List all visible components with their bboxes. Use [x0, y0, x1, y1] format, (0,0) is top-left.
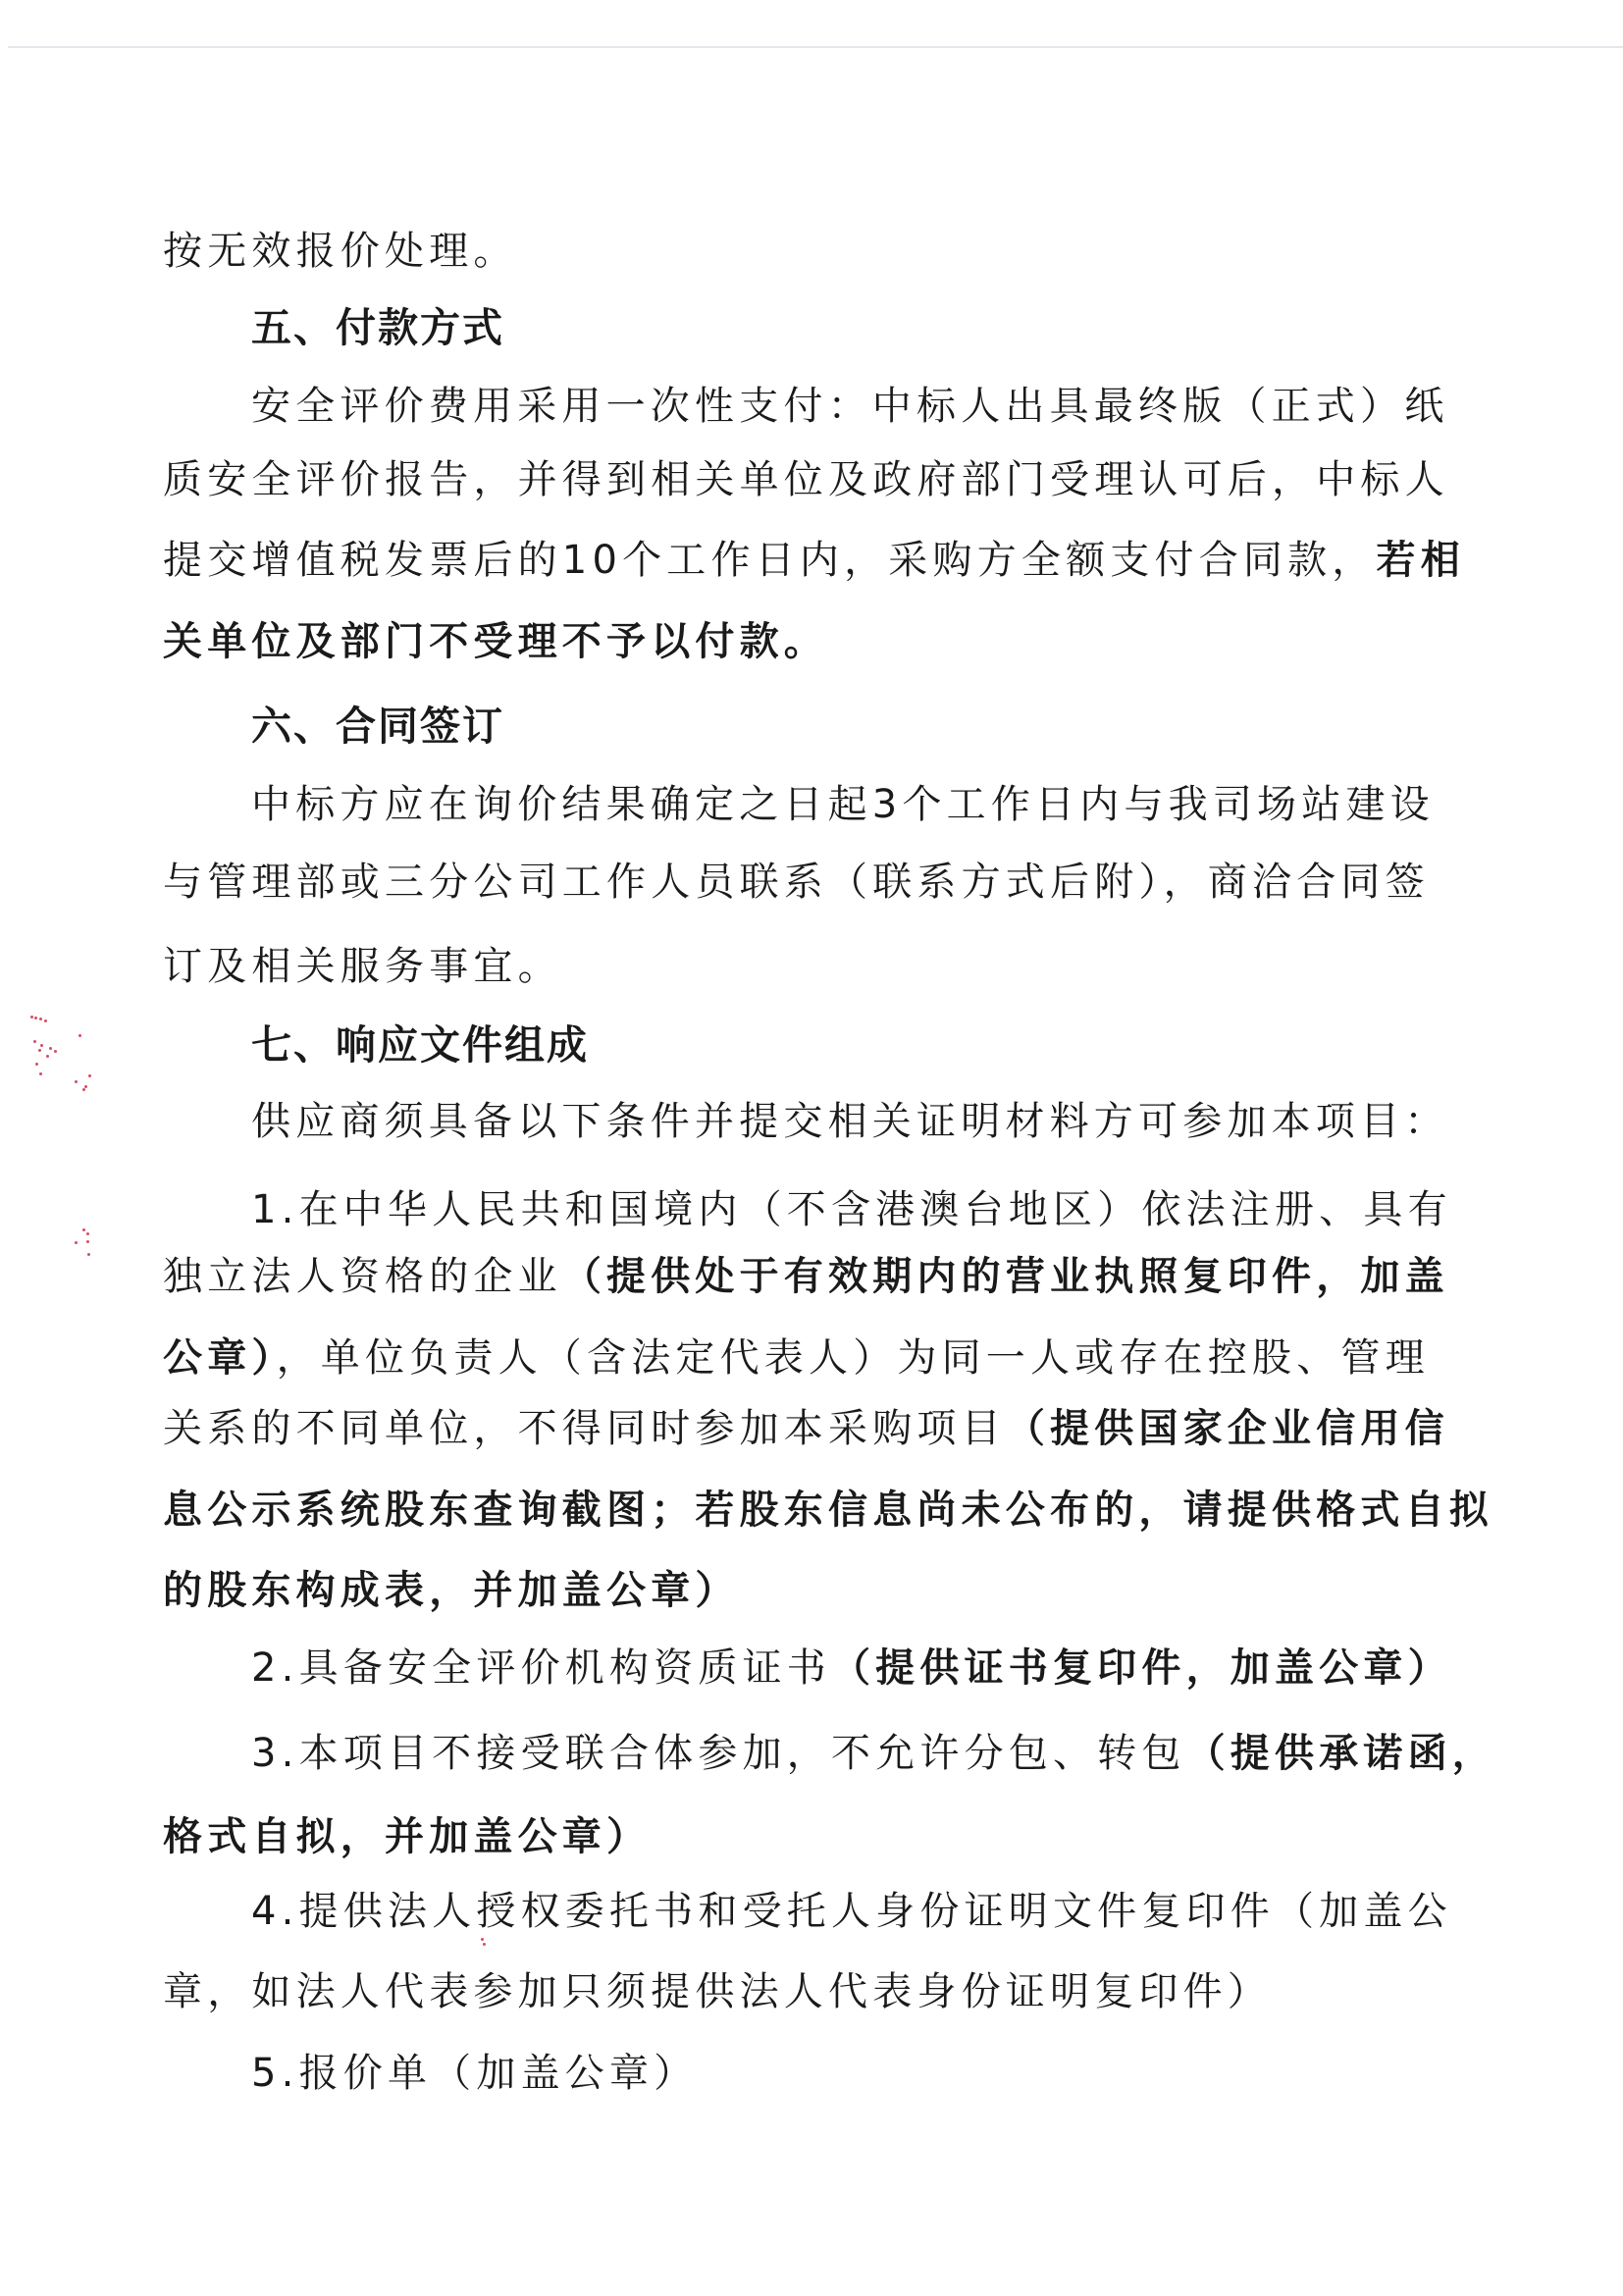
bold-text: 的股东构成表，并加盖公章）	[163, 1568, 740, 1613]
paragraph-line: 公章），单位负责人（含法定代表人）为同一人或存在控股、管理	[163, 1329, 1458, 1387]
bold-text: （提供承诺函，	[1186, 1731, 1496, 1776]
paragraph-line: 按无效报价处理。	[163, 222, 1458, 281]
bold-text: （提供证书复印件，加盖公章）	[831, 1645, 1452, 1691]
paragraph-line: 息公示系统股东查询截图；若股东信息尚未公布的，请提供格式自拟	[163, 1481, 1458, 1539]
paragraph-line: 的股东构成表，并加盖公章）	[163, 1561, 1458, 1620]
text: 2.具备安全评价机构资质证书	[251, 1645, 831, 1691]
text: 独立法人资格的企业	[163, 1254, 562, 1299]
bold-text: 七、响应文件组成	[251, 1021, 589, 1069]
text: 质安全评价报告，并得到相关单位及政府部门受理认可后，中标人	[163, 457, 1449, 502]
paragraph-line: 供应商须具备以下条件并提交相关证明材料方可参加本项目：	[251, 1092, 1458, 1151]
paragraph-line: 提交增值税发票后的10个工作日内，采购方全额支付合同款，若相	[163, 531, 1458, 590]
bold-text: 格式自拟，并加盖公章）	[163, 1814, 651, 1859]
paragraph-line: 2.具备安全评价机构资质证书（提供证书复印件，加盖公章）	[251, 1639, 1458, 1697]
paragraph-line: 独立法人资格的企业（提供处于有效期内的营业执照复印件，加盖	[163, 1247, 1458, 1306]
text: 5.报价单（加盖公章）	[251, 2051, 698, 2096]
bold-text: 六、合同签订	[251, 703, 504, 750]
paragraph-line: 3.本项目不接受联合体参加，不允许分包、转包（提供承诺函，	[251, 1724, 1458, 1783]
text: 中标方应在询价结果确定之日起3个工作日内与我司场站建设	[251, 782, 1435, 827]
text: 4.提供法人授权委托书和受托人身份证明文件复印件（加盖公	[251, 1889, 1452, 1934]
paragraph-line: 与管理部或三分公司工作人员联系（联系方式后附），商洽合同签	[163, 853, 1458, 912]
paragraph-line: 5.报价单（加盖公章）	[251, 2044, 1458, 2103]
text: 提交增值税发票后的10个工作日内，采购方全额支付合同款，	[163, 538, 1377, 583]
text: 3.本项目不接受联合体参加，不允许分包、转包	[251, 1731, 1186, 1776]
paragraph-line: 订及相关服务事宜。	[163, 937, 1458, 996]
text: ，单位负责人（含法定代表人）为同一人或存在控股、管理	[277, 1335, 1430, 1381]
text: 章，如法人代表参加只须提供法人代表身份证明复印件）	[163, 1969, 1272, 2014]
bold-text: （提供国家企业信用信	[1006, 1406, 1449, 1451]
paragraph-line: 格式自拟，并加盖公章）	[163, 1807, 1458, 1866]
text: 1.在中华人民共和国境内（不含港澳台地区）依法注册、具有	[251, 1187, 1452, 1232]
bold-text: 若相	[1377, 538, 1465, 583]
paragraph-line: 关系的不同单位，不得同时参加本采购项目（提供国家企业信用信	[163, 1399, 1458, 1458]
paragraph-line: 中标方应在询价结果确定之日起3个工作日内与我司场站建设	[251, 775, 1458, 834]
section-heading: 六、合同签订	[251, 697, 1458, 756]
paragraph-line: 关单位及部门不受理不予以付款。	[163, 612, 1458, 671]
text: 关系的不同单位，不得同时参加本采购项目	[163, 1406, 1006, 1451]
paragraph-line: 质安全评价报告，并得到相关单位及政府部门受理认可后，中标人	[163, 450, 1458, 509]
section-heading: 七、响应文件组成	[251, 1016, 1458, 1074]
section-heading: 五、付款方式	[251, 298, 1458, 357]
bold-text: （提供处于有效期内的营业执照复印件，加盖	[562, 1254, 1449, 1299]
bold-text: 五、付款方式	[251, 304, 504, 351]
paragraph-line: 4.提供法人授权委托书和受托人身份证明文件复印件（加盖公	[251, 1882, 1458, 1941]
scan-edge-line	[8, 46, 1623, 48]
text: 供应商须具备以下条件并提交相关证明材料方可参加本项目：	[251, 1099, 1448, 1144]
paragraph-line: 安全评价费用采用一次性支付：中标人出具最终版（正式）纸	[251, 377, 1458, 436]
text: 订及相关服务事宜。	[163, 944, 562, 989]
paragraph-line: 1.在中华人民共和国境内（不含港澳台地区）依法注册、具有	[251, 1180, 1458, 1239]
bold-text: 息公示系统股东查询截图；若股东信息尚未公布的，请提供格式自拟	[163, 1487, 1493, 1533]
bold-text: 关单位及部门不受理不予以付款。	[163, 619, 828, 664]
text: 按无效报价处理。	[163, 229, 518, 274]
paragraph-line: 章，如法人代表参加只须提供法人代表身份证明复印件）	[163, 1962, 1458, 2021]
text: 与管理部或三分公司工作人员联系（联系方式后附），商洽合同签	[163, 860, 1430, 905]
bold-text: 公章）	[163, 1335, 277, 1381]
text: 安全评价费用采用一次性支付：中标人出具最终版（正式）纸	[251, 384, 1448, 429]
